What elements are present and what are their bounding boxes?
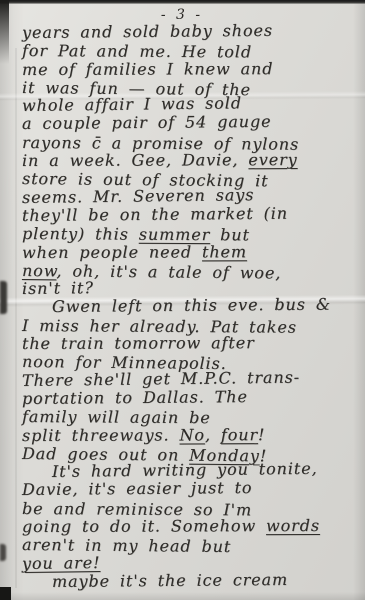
handwriting-text: isn't it? — [22, 278, 94, 298]
handwritten-lines: years and sold baby shoesfor Pat and me.… — [22, 24, 361, 591]
handwriting-text: going to do it. Somehow — [22, 516, 266, 536]
handwriting-text: ! — [258, 425, 265, 444]
handwriting-text: years and sold baby shoes — [22, 21, 273, 42]
handwritten-line: they'll be on the market (in — [22, 204, 361, 225]
handwritten-line: the train tomorrow after — [22, 334, 361, 353]
handwriting-text: the train tomorrow after — [22, 333, 255, 353]
letter-body: - 3 - years and sold baby shoesfor Pat a… — [22, 4, 361, 591]
handwriting-text: Gwen left on this eve. bus & — [52, 295, 331, 316]
handwritten-line: in a week. Gee, Davie, every — [22, 151, 361, 170]
handwritten-line: you are! — [22, 550, 361, 572]
handwritten-line: maybe it's the ice cream — [52, 570, 361, 591]
handwriting-text: There she'll get M.P.C. trans- — [22, 367, 300, 389]
paper-left-crease — [15, 48, 17, 588]
handwritten-line: a couple pair of 54 gauge — [22, 113, 361, 134]
handwritten-line: me of families I knew and — [22, 59, 361, 78]
handwriting-text: Davie, it's easier just to — [22, 478, 253, 499]
scan-edge-top — [0, 0, 365, 4]
handwritten-line: Gwen left on this eve. bus & — [52, 296, 361, 317]
handwriting-text: split threeways. — [22, 425, 180, 445]
handwriting-text: me of families I knew and — [22, 59, 273, 79]
underlined-word: you are! — [22, 553, 101, 573]
handwritten-line: split threeways. No, four! — [22, 425, 361, 444]
underlined-word: words — [266, 516, 320, 535]
scan-edge-left — [0, 0, 9, 64]
handwriting-text: portation to Dallas. The — [22, 387, 248, 408]
scan-blotch-low-left — [0, 544, 6, 561]
underlined-word: them — [202, 242, 247, 261]
handwriting-text: plenty) this — [22, 224, 139, 244]
underlined-word: four — [221, 425, 258, 444]
scan-corner-bottom-left — [0, 587, 11, 600]
paper-bottom-shadow — [0, 592, 365, 600]
handwriting-text: maybe it's the ice cream — [52, 570, 288, 591]
handwriting-text: a couple pair of 54 gauge — [22, 112, 272, 133]
underlined-word: every — [248, 150, 297, 169]
handwriting-text: when people need — [22, 242, 202, 262]
handwritten-line: years and sold baby shoes — [22, 21, 361, 42]
scan-blotch-mid-left — [0, 281, 7, 314]
handwritten-line: going to do it. Somehow words — [22, 517, 361, 536]
handwritten-line: Davie, it's easier just to — [22, 478, 361, 499]
handwriting-text: they'll be on the market (in — [22, 204, 288, 225]
handwritten-line: portation to Dallas. The — [22, 387, 361, 408]
underlined-word: No — [179, 425, 205, 444]
handwriting-text: , — [205, 425, 221, 444]
handwriting-text: family will again be — [22, 407, 211, 427]
handwritten-line: when people need them — [22, 242, 361, 261]
handwriting-text: in a week. Gee, Davie, — [22, 150, 248, 170]
underlined-word: now — [22, 261, 57, 280]
scanned-letter-page: - 3 - years and sold baby shoesfor Pat a… — [0, 0, 365, 600]
